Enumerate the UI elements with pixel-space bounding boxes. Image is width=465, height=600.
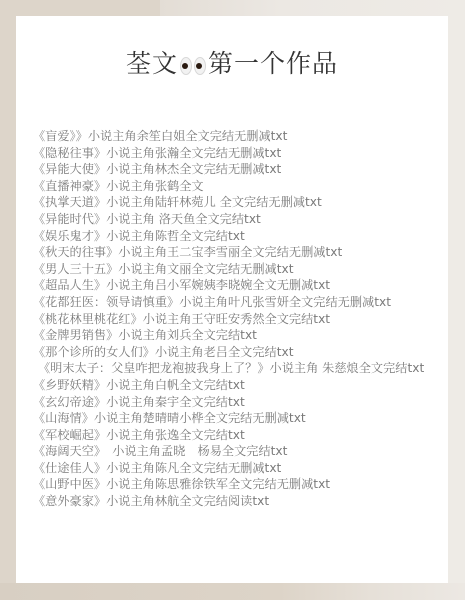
list-item: 《山野中医》小说主角陈思雅徐铁军全文完结无删减txt xyxy=(33,476,443,493)
list-item: 《山海情》小说主角楚晴晴小桦全文完结无删减txt xyxy=(33,410,443,427)
list-item: 《仕途佳人》小说主角陈凡全文完结无删减txt xyxy=(33,460,443,477)
list-item: 《意外豪家》小说主角林航全文完结阅读txt xyxy=(33,493,443,510)
list-item: 《海阔天空》 小说主角孟晓 杨易全文完结txt xyxy=(33,443,443,460)
eyes-emoji-icon xyxy=(179,50,207,80)
list-item: 《那个诊所的女人们》小说主角老吕全文完结txt xyxy=(33,344,443,361)
left-eye-icon xyxy=(180,57,192,75)
list-item: 《直播神豪》小说主角张鹤全文 xyxy=(33,178,443,195)
novel-list: 《盲爱》》小说主角余笙白姐全文完结无删减txt 《隐秘往事》小说主角张瀚全文完结… xyxy=(33,128,443,510)
page-title: 荃文第一个作品 xyxy=(16,49,448,80)
list-item: 《乡野妖精》小说主角白帆全文完结txt xyxy=(33,377,443,394)
title-suffix: 第一个作品 xyxy=(208,49,338,78)
list-item: 《军校崛起》小说主角张逸全文完结txt xyxy=(33,427,443,444)
list-item: 《异能时代》小说主角 洛天鱼全文完结txt xyxy=(33,211,443,228)
list-item: 《执掌天道》小说主角陆轩林菀儿 全文完结无删减txt xyxy=(33,194,443,211)
content-card: 荃文第一个作品 《盲爱》》小说主角余笙白姐全文完结无删减txt 《隐秘往事》小说… xyxy=(16,16,448,583)
list-item: 《秋天的往事》小说主角王二宝李雪丽全文完结无删减txt xyxy=(33,244,443,261)
list-item: 《超品人生》小说主角吕小军婉姨李晓婉全文无删减txt xyxy=(33,277,443,294)
title-prefix: 荃文 xyxy=(126,49,178,78)
list-item: 《明末太子：父皇咋把龙袍披我身上了？》小说主角 朱慈烺全文完结txt xyxy=(33,360,443,377)
list-item: 《桃花林里桃花红》小说主角王守旺安秀然全文完结txt xyxy=(33,311,443,328)
list-item: 《娱乐鬼才》小说主角陈哲全文完结txt xyxy=(33,228,443,245)
list-item: 《盲爱》》小说主角余笙白姐全文完结无删减txt xyxy=(33,128,443,145)
list-item: 《男人三十五》小说主角文丽全文完结无删减txt xyxy=(33,261,443,278)
list-item: 《异能大使》小说主角林杰全文完结无删减txt xyxy=(33,161,443,178)
background-bottom xyxy=(0,583,465,600)
list-item: 《金牌男销售》小说主角刘兵全文完结txt xyxy=(33,327,443,344)
list-item: 《玄幻帝途》小说主角秦宇全文完结txt xyxy=(33,394,443,411)
list-item: 《隐秘往事》小说主角张瀚全文完结无删减txt xyxy=(33,145,443,162)
list-item: 《花都狂医：领导请慎重》小说主角叶凡张雪妍全文完结无删减txt xyxy=(33,294,443,311)
right-eye-icon xyxy=(194,57,206,75)
